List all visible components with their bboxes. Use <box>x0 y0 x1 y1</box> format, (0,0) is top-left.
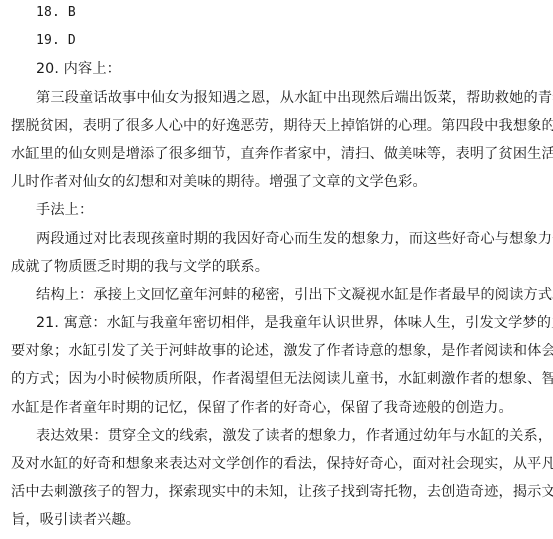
q21-effect-line: 活中去刺激孩子的智力，探索现实中的未知，让孩子找到寄托物，去创造奇迹，揭示文章主 <box>11 478 533 506</box>
q20-content-line: 第三段童话故事中仙女为报知遇之恩，从水缸中出现然后端出饭菜，帮助救她的青年 <box>11 84 533 112</box>
q20-structure-line: 结构上：承接上文回忆童年河蚌的秘密，引出下文凝视水缸是作者最早的阅读方式。 <box>11 281 533 309</box>
q21-effect-line: 及对水缸的好奇和想象来表达对文学创作的看法，保持好奇心，面对社会现实，从平凡的生 <box>11 450 533 478</box>
q20-technique-heading: 手法上： <box>11 196 533 224</box>
answer-19: 19. D <box>11 27 533 55</box>
q21-meaning-line: 的方式；因为小时候物质所限，作者渴望但无法阅读儿童书，水缸刺激作者的想象、智力； <box>11 365 533 393</box>
q21-meaning-line: 水缸是作者童年时期的记忆，保留了作者的好奇心，保留了我奇迹般的创造力。 <box>11 394 533 422</box>
q20-technique-line: 成就了物质匮乏时期的我与文学的联系。 <box>11 253 533 281</box>
q21-effect-line: 表达效果：贯穿全文的线索，激发了读者的想象力，作者通过幼年与水缸的关系，以 <box>11 422 533 450</box>
q20-content-line: 水缸里的仙女则是增添了很多细节，直奔作者家中，清扫、做美味等，表明了贫困生活中的 <box>11 140 533 168</box>
q20-content-line: 儿时作者对仙女的幻想和对美味的期待。增强了文章的文学色彩。 <box>11 168 533 196</box>
q20-technique-line: 两段通过对比表现孩童时期的我因好奇心而生发的想象力，而这些好奇心与想象力也 <box>11 225 533 253</box>
q21-meaning-line: 21. 寓意：水缸与我童年密切相伴，是我童年认识世界，体味人生，引发文学梦的主 <box>11 309 533 337</box>
answer-20-heading: 20. 内容上： <box>11 55 533 83</box>
answer-18: 18. B <box>11 0 533 27</box>
answer-document: 18. B 19. D 20. 内容上： 第三段童话故事中仙女为报知遇之恩，从水… <box>11 0 533 535</box>
q21-meaning-line: 要对象；水缸引发了关于河蚌故事的论述，激发了作者诗意的想象，是作者阅读和体会世界 <box>11 337 533 365</box>
q21-effect-line: 旨，吸引读者兴趣。 <box>11 506 533 534</box>
q20-content-line: 摆脱贫困，表明了很多人心中的好逸恶劳，期待天上掉馅饼的心理。第四段中我想象的自家 <box>11 112 533 140</box>
